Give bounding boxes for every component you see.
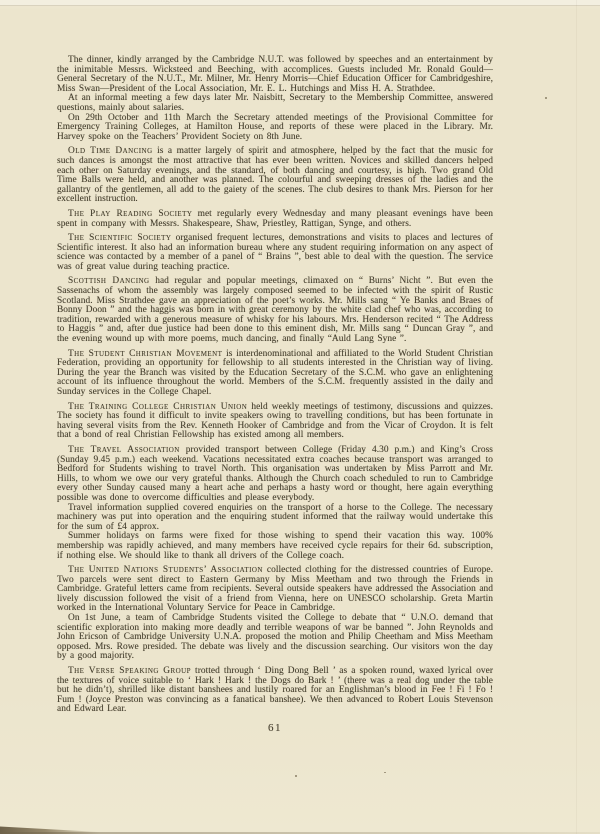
paragraph-text: On 1st June, a team of Cambridge Student… [57,613,493,661]
section-lead-scottish-dancing: Scottish Dancing [68,276,150,286]
section-lead-scientific-society: The Scientific Society [68,233,171,243]
dust-speck [545,97,547,99]
text-block: The dinner, kindly arranged by the Cambr… [57,56,493,734]
section-lead-verse-speaking-group: The Verse Speaking Group [68,666,191,676]
paragraph-uno-debate: On 1st June, a team of Cambridge Student… [57,614,493,662]
section-lead-play-reading-society: The Play Reading Society [68,209,192,219]
dust-speck [384,772,386,773]
paragraph-text: Summer holidays on farms were fixed for … [57,531,493,560]
paragraph-text: Travel information supplied covered enqu… [57,503,493,532]
page-number: 61 [57,724,493,734]
paragraph-text: had regular and popular meetings, climax… [57,276,493,344]
scanned-document-page: The dinner, kindly arranged by the Cambr… [0,0,600,834]
paragraph-provisional-committee: On 29th October and 11th March the Secre… [57,114,493,143]
dust-speck [295,775,297,777]
paragraph-student-christian-movement: The Student Christian Movement is interd… [57,350,493,398]
paragraph-scientific-society: The Scientific Society organised frequen… [57,234,493,272]
paragraph-informal-meeting: At an informal meeting a few days later … [57,94,493,113]
section-lead-united-nations-students-association: The United Nations Students’ Association [68,565,263,575]
paragraph-travel-information: Travel information supplied covered enqu… [57,504,493,533]
page-top-edge [0,0,600,6]
page-right-edge [576,0,577,834]
paragraph-verse-speaking-group: The Verse Speaking Group trotted through… [57,667,493,715]
paragraph-old-time-dancing: Old Time Dancing is a matter largely of … [57,147,493,205]
paragraph-travel-association: The Travel Association provided transpor… [57,446,493,504]
paragraph-text: provided transport between College (Frid… [57,445,493,503]
section-lead-travel-association: The Travel Association [68,445,180,455]
paragraph-text: The dinner, kindly arranged by the Cambr… [57,55,493,94]
paragraph-play-reading-society: The Play Reading Society met regularly e… [57,210,493,229]
section-lead-old-time-dancing: Old Time Dancing [68,146,153,156]
paragraph-united-nations-students-association: The United Nations Students’ Association… [57,566,493,614]
paragraph-text: is a matter largely of spirit and atmosp… [57,146,493,204]
paragraph-scottish-dancing: Scottish Dancing had regular and popular… [57,277,493,344]
paragraph-training-college-christian-union: The Training College Christian Union hel… [57,403,493,441]
paragraph-text: On 29th October and 11th March the Secre… [57,113,493,142]
paragraph-text: At an informal meeting a few days later … [57,93,493,113]
paragraph-dinner: The dinner, kindly arranged by the Cambr… [57,56,493,94]
paragraph-summer-holidays: Summer holidays on farms were fixed for … [57,532,493,561]
